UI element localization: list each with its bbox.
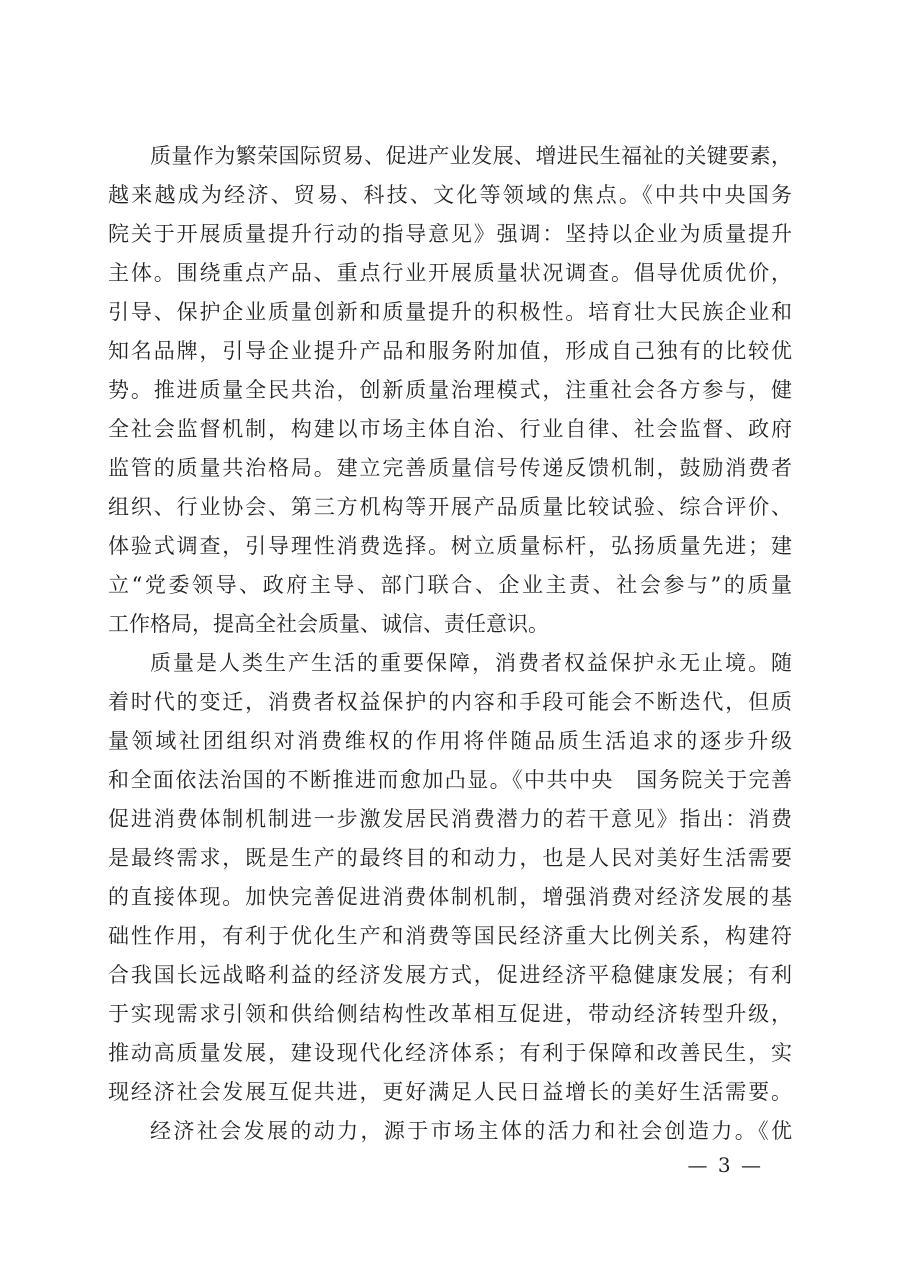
text-line: 越来越成为经济、贸易、科技、文化等领域的焦点。《中共中央国务 bbox=[108, 176, 792, 215]
text-line: 组织、行业协会、第三方机构等开展产品质量比较试验、综合评价、 bbox=[108, 488, 792, 527]
text-line: 于实现需求引领和供给侧结构性改革相互促进，带动经济转型升级， bbox=[108, 995, 792, 1034]
text-line: 引导、保护企业质量创新和质量提升的积极性。培育壮大民族企业和 bbox=[108, 293, 792, 332]
text-line: 推动高质量发展，建设现代化经济体系；有利于保障和改善民生，实 bbox=[108, 1034, 792, 1073]
text-line: 工作格局，提高全社会质量、诚信、责任意识。 bbox=[108, 605, 792, 644]
document-page: 质量作为繁荣国际贸易、促进产业发展、增进民生福祉的关键要素， 越来越成为经济、贸… bbox=[0, 0, 900, 1273]
text-line: 质量作为繁荣国际贸易、促进产业发展、增进民生福祉的关键要素， bbox=[108, 137, 792, 176]
text-line: 现经济社会发展互促共进，更好满足人民日益增长的美好生活需要。 bbox=[108, 1073, 792, 1112]
text-line: 全社会监督机制，构建以市场主体自治、行业自律、社会监督、政府 bbox=[108, 410, 792, 449]
text-line: 质量是人类生产生活的重要保障，消费者权益保护永无止境。随 bbox=[108, 644, 792, 683]
text-line: 础性作用，有利于优化生产和消费等国民经济重大比例关系，构建符 bbox=[108, 917, 792, 956]
page-number: — 3 — bbox=[688, 1152, 763, 1178]
text-line: 监管的质量共治格局。建立完善质量信号传递反馈机制，鼓励消费者 bbox=[108, 449, 792, 488]
text-line: 和全面依法治国的不断推进而愈加凸显。《中共中央 国务院关于完善 bbox=[108, 761, 792, 800]
text-line: 立“党委领导、政府主导、部门联合、企业主责、社会参与”的质量 bbox=[108, 566, 792, 605]
paragraph-quality-importance: 质量作为繁荣国际贸易、促进产业发展、增进民生福祉的关键要素， 越来越成为经济、贸… bbox=[108, 137, 792, 644]
text-line: 体验式调查，引导理性消费选择。树立质量标杆，弘扬质量先进；建 bbox=[108, 527, 792, 566]
document-text-block: 质量作为繁荣国际贸易、促进产业发展、增进民生福祉的关键要素， 越来越成为经济、贸… bbox=[108, 137, 792, 1151]
text-line: 势。推进质量全民共治，创新质量治理模式，注重社会各方参与，健 bbox=[108, 371, 792, 410]
text-line: 知名品牌，引导企业提升产品和服务附加值，形成自己独有的比较优 bbox=[108, 332, 792, 371]
text-line: 促进消费体制机制进一步激发居民消费潜力的若干意见》指出：消费 bbox=[108, 800, 792, 839]
text-line: 的直接体现。加快完善促进消费体制机制，增强消费对经济发展的基 bbox=[108, 878, 792, 917]
paragraph-consumer-protection: 质量是人类生产生活的重要保障，消费者权益保护永无止境。随 着时代的变迁，消费者权… bbox=[108, 644, 792, 1112]
text-line: 院关于开展质量提升行动的指导意见》强调：坚持以企业为质量提升 bbox=[108, 215, 792, 254]
paragraph-market-vitality: 经济社会发展的动力，源于市场主体的活力和社会创造力。《优 bbox=[108, 1112, 792, 1151]
text-line: 是最终需求，既是生产的最终目的和动力，也是人民对美好生活需要 bbox=[108, 839, 792, 878]
text-line: 着时代的变迁，消费者权益保护的内容和手段可能会不断迭代，但质 bbox=[108, 683, 792, 722]
text-line: 合我国长远战略利益的经济发展方式，促进经济平稳健康发展；有利 bbox=[108, 956, 792, 995]
text-line: 主体。围绕重点产品、重点行业开展质量状况调查。倡导优质优价， bbox=[108, 254, 792, 293]
text-line: 量领域社团组织对消费维权的作用将伴随品质生活追求的逐步升级 bbox=[108, 722, 792, 761]
text-line: 经济社会发展的动力，源于市场主体的活力和社会创造力。《优 bbox=[108, 1112, 792, 1151]
